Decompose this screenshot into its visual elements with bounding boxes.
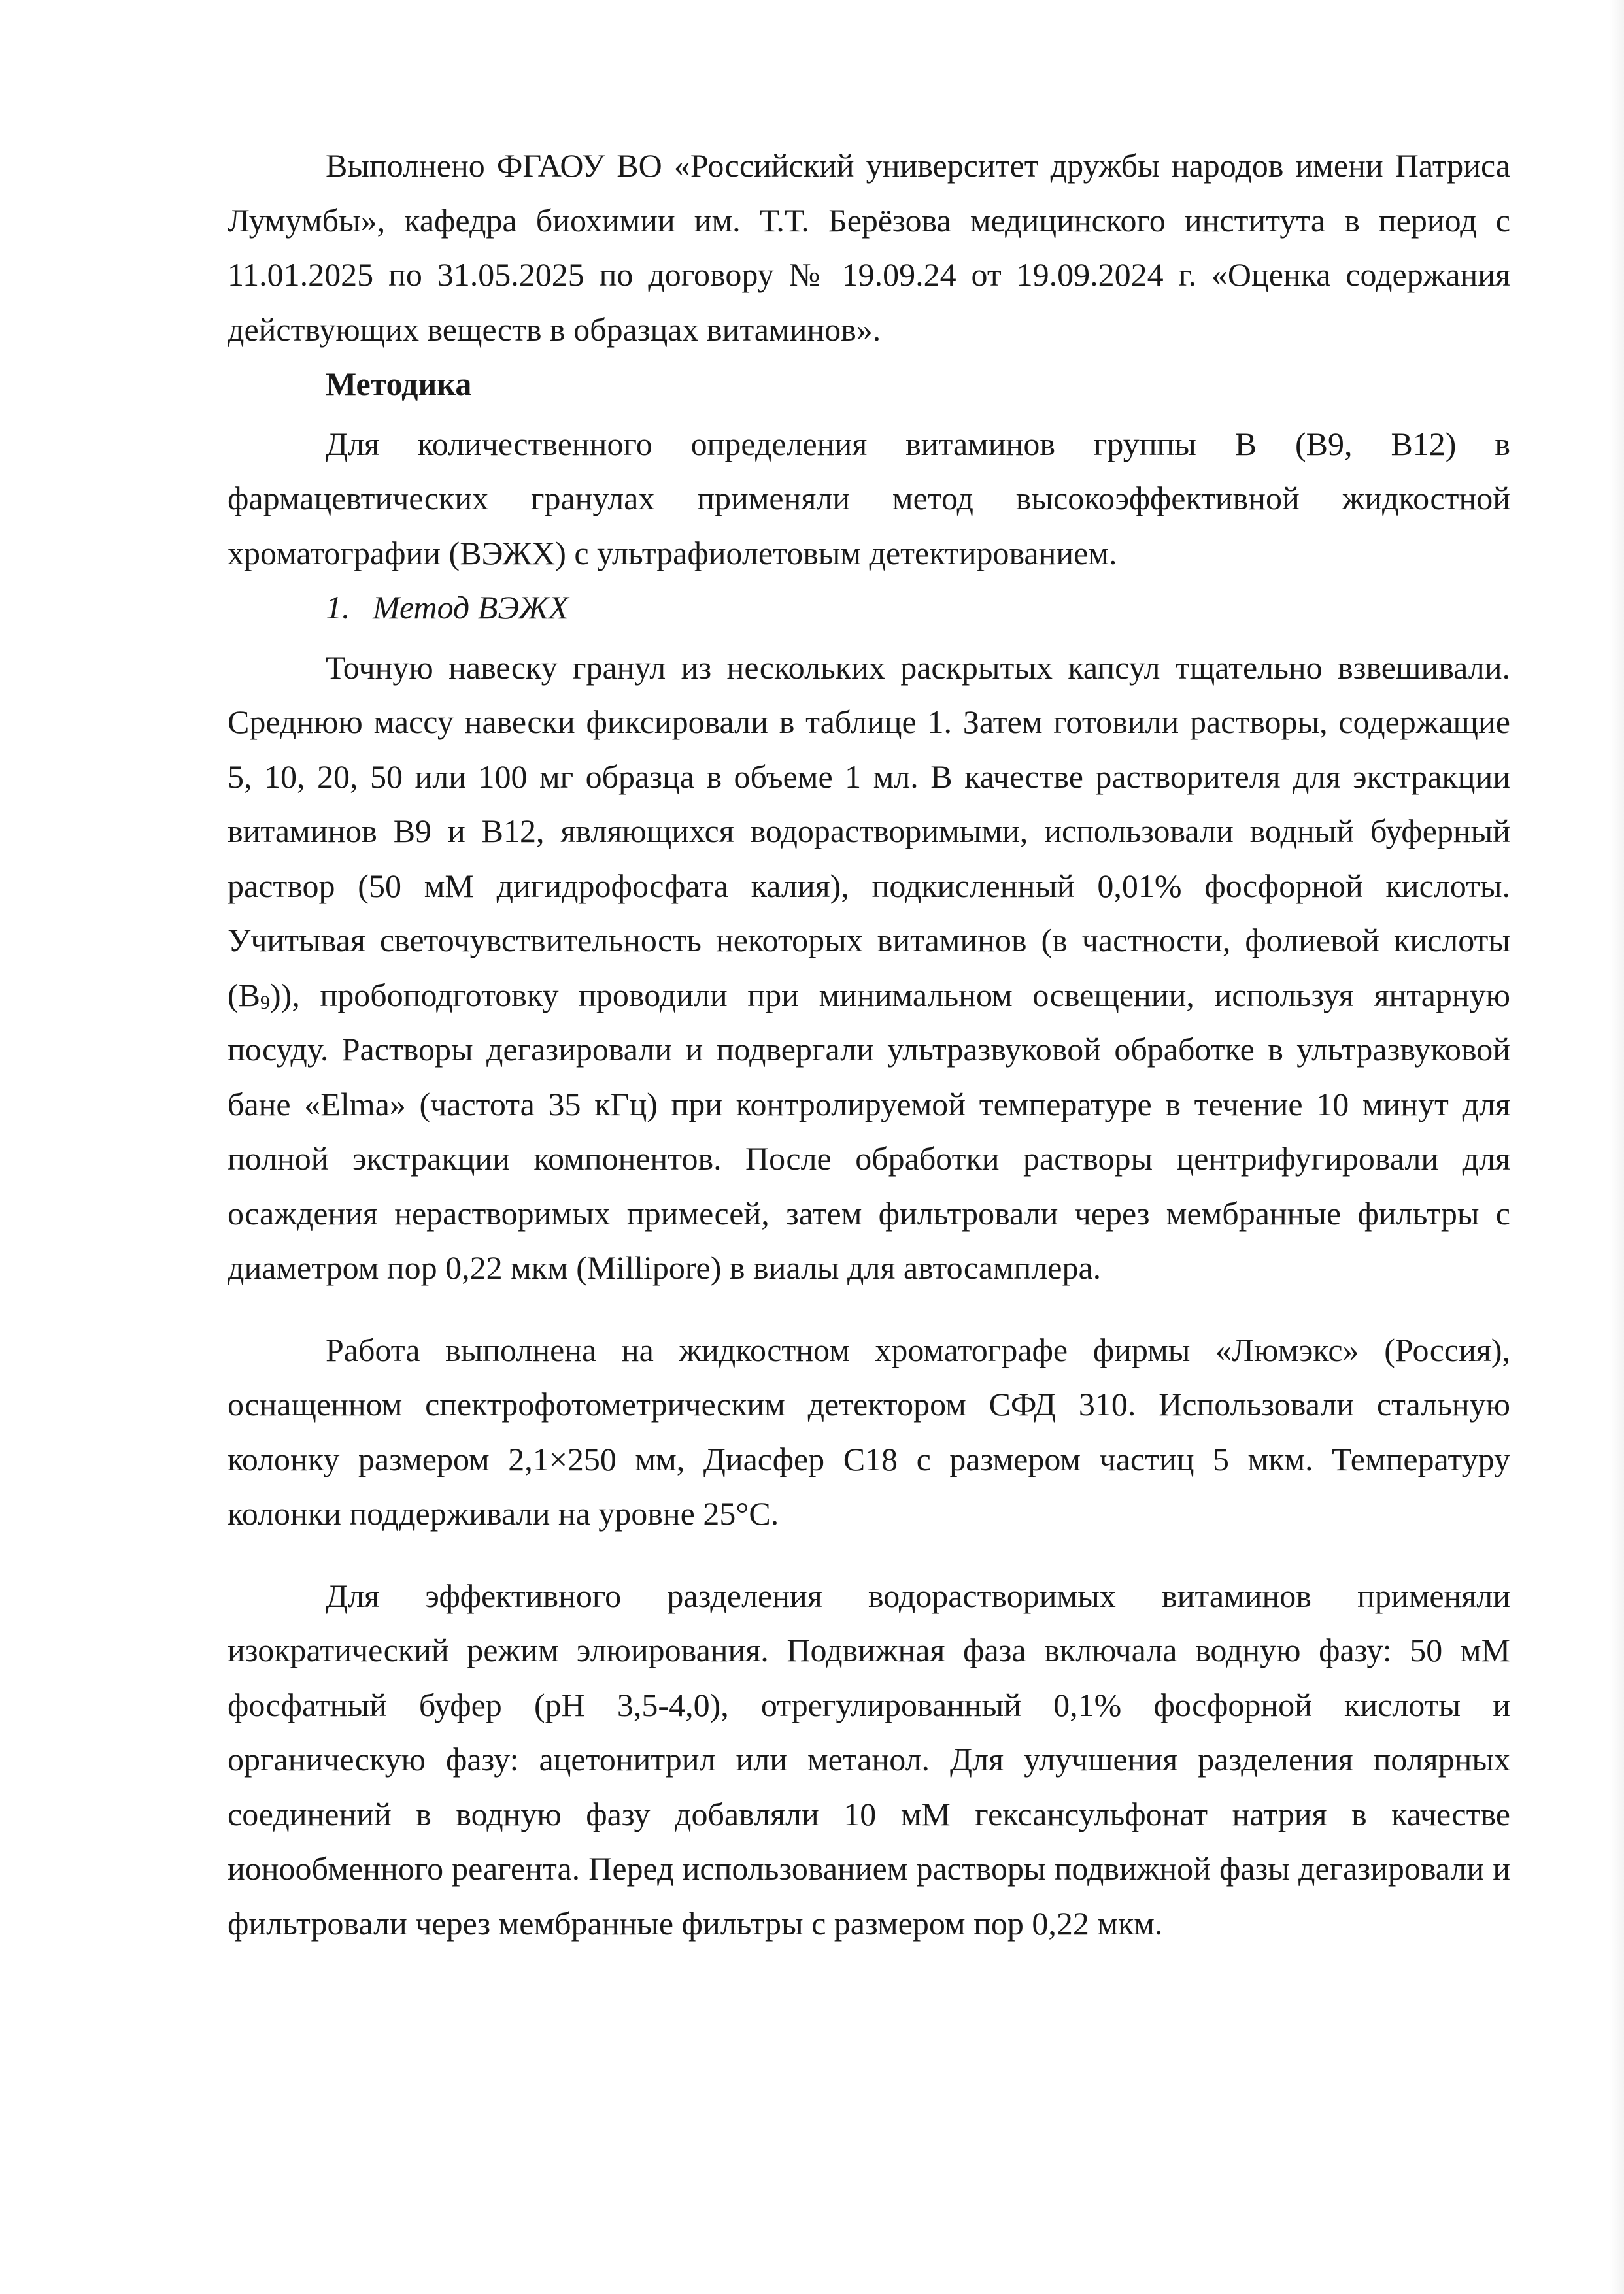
document-page: Выполнено ФГАОУ ВО «Российский университ… [0, 0, 1624, 2294]
sample-prep-paragraph: Точную навеску гранул из нескольких раск… [228, 641, 1510, 1296]
equipment-paragraph: Работа выполнена на жидкостном хроматогр… [228, 1323, 1510, 1542]
mobile-phase-paragraph: Для эффективного разделения водораствори… [228, 1569, 1510, 1951]
method-intro-paragraph: Для количественного определения витамино… [228, 417, 1510, 581]
subsection-heading: 1.Метод ВЭЖХ [228, 581, 1510, 635]
subsection-number: 1. [326, 581, 373, 635]
document-body: Выполнено ФГАОУ ВО «Российский университ… [228, 139, 1510, 1951]
subscript-nine: 9 [260, 992, 270, 1013]
subsection-title: Метод ВЭЖХ [373, 589, 569, 626]
sample-prep-text-part1: Точную навеску гранул из нескольких раск… [228, 649, 1510, 1013]
intro-paragraph: Выполнено ФГАОУ ВО «Российский университ… [228, 139, 1510, 357]
sample-prep-text-part2: )), пробоподготовку проводили при минима… [228, 977, 1510, 1287]
section-title: Методика [228, 357, 1510, 412]
